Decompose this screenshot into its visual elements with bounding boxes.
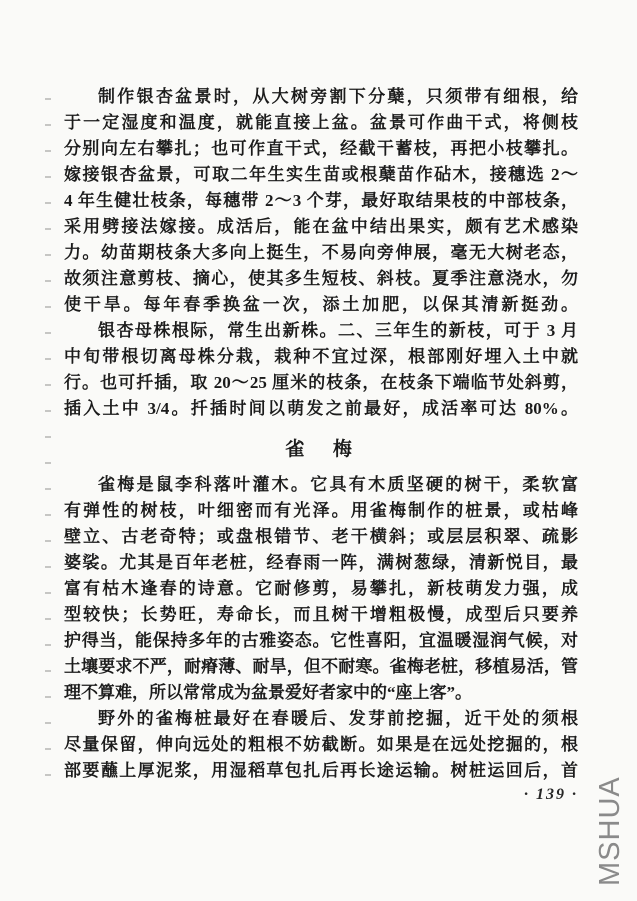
paragraph-sparrow-plum-digging: 野外的雀梅桩最好在春暖后、发芽前挖掘，近干处的须根尽量保留，伸向远处的粗根不妨截… (64, 706, 578, 784)
scan-artifact-ticks (45, 98, 51, 778)
paragraph-sparrow-plum-intro: 雀梅是鼠李科落叶灌木。它具有木质坚硬的树干，柔软富有弹性的树枝，叶细密而有光泽。… (64, 472, 578, 706)
text-line: 护得当，能保持多年的古雅姿态。它性喜阳，宜温暖湿润气候，对 (64, 628, 578, 654)
text-line: 故须注意剪枝、摘心，使其多生短枝、斜枝。夏季注意浇水，勿 (64, 266, 578, 292)
text-line: 于一定湿度和温度，就能直接上盆。盆景可作曲干式，将侧枝 (64, 110, 578, 136)
text-line: 有弹性的树枝，叶细密而有光泽。用雀梅制作的桩景，或枯峰 (64, 498, 578, 524)
text-line: 野外的雀梅桩最好在春暖后、发芽前挖掘，近干处的须根 (64, 706, 578, 732)
text-line: 尽量保留，伸向远处的粗根不妨截断。如果是在远处挖掘的，根 (64, 732, 578, 758)
page-number: · 139 · (64, 786, 578, 804)
text-line: 制作银杏盆景时，从大树旁割下分蘖，只须带有细根，给 (64, 84, 578, 110)
text-line: 使干旱。每年春季换盆一次，添土加肥，以保其清新挺劲。 (64, 292, 578, 318)
text-line: 行。也可扦插，取 20～25 厘米的枝条，在枝条下端临节处斜剪， (64, 370, 578, 396)
page-text-block: 制作银杏盆景时，从大树旁割下分蘖，只须带有细根，给于一定湿度和温度，就能直接上盆… (64, 84, 578, 784)
text-line: 插入土中 3/4。扦插时间以萌发之前最好，成活率可达 80%。 (64, 396, 578, 422)
text-line: 嫁接银杏盆景，可取二年生实生苗或根蘖苗作砧木，接穗选 2～ (64, 162, 578, 188)
text-line: 理不算难，所以常常成为盆景爱好者家中的“座上客”。 (64, 680, 578, 706)
text-line: 中旬带根切离母株分栽，栽种不宜过深，根部刚好埋入土中就 (64, 344, 578, 370)
text-line: 分别向左右攀扎；也可作直干式，经截干蓄枝，再把小枝攀扎。 (64, 136, 578, 162)
text-line: 银杏母株根际，常生出新株。二、三年生的新枝，可于 3 月 (64, 318, 578, 344)
scanned-page: 制作银杏盆景时，从大树旁割下分蘖，只须带有细根，给于一定湿度和温度，就能直接上盆… (0, 0, 637, 901)
text-line: 部要蘸上厚泥浆，用湿稻草包扎后再长途运输。树桩运回后，首 (64, 758, 578, 784)
text-line: 采用劈接法嫁接。成活后，能在盆中结出果实，颇有艺术感染 (64, 214, 578, 240)
text-line: 富有枯木逢春的诗意。它耐修剪，易攀扎，新枝萌发力强，成 (64, 576, 578, 602)
paragraph-ginkgo-styling: 制作银杏盆景时，从大树旁割下分蘖，只须带有细根，给于一定湿度和温度，就能直接上盆… (64, 84, 578, 318)
text-line: 型较快；长势旺，寿命长，而且树干增粗极慢，成型后只要养 (64, 602, 578, 628)
text-line: 雀梅是鼠李科落叶灌木。它具有木质坚硬的树干，柔软富 (64, 472, 578, 498)
paragraph-ginkgo-propagation: 银杏母株根际，常生出新株。二、三年生的新枝，可于 3 月中旬带根切离母株分栽，栽… (64, 318, 578, 422)
text-line: 婆裟。尤其是百年老桩，经春雨一阵，满树葱绿，清新悦目，最 (64, 550, 578, 576)
watermark-text: MSHUA (594, 776, 627, 886)
text-line: 力。幼苗期枝条大多向上挺生，不易向旁伸展，毫无大树老态， (64, 240, 578, 266)
text-line: 壁立、古老奇特；或盘根错节、老干横斜；或层层积翠、疏影 (64, 524, 578, 550)
text-line: 4 年生健壮枝条，每穗带 2～3 个芽，最好取结果枝的中部枝条， (64, 188, 578, 214)
section-heading-sparrow-plum: 雀 梅 (64, 436, 578, 464)
text-line: 土壤要求不严，耐瘠薄、耐旱，但不耐寒。雀梅老桩，移植易活，管 (64, 654, 578, 680)
